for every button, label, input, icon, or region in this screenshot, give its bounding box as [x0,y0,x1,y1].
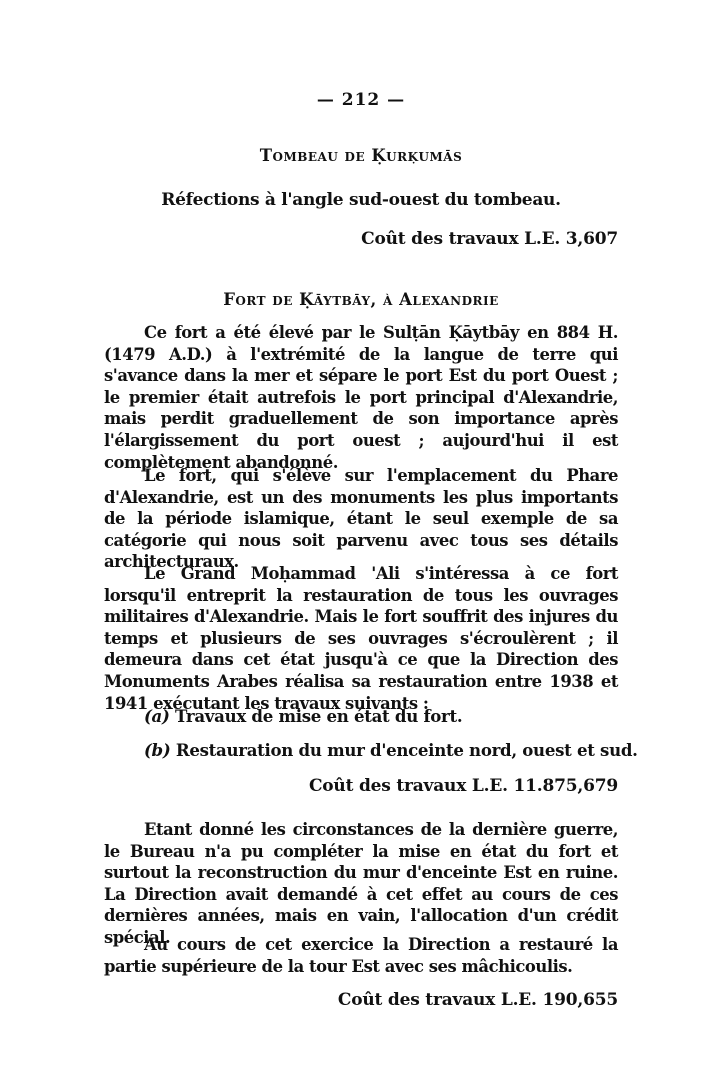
section-heading-fort: Fort de Ḳāytbāy, à Alexandrie [104,290,618,309]
paragraph-text: Etant donné les circonstances de la dern… [104,820,618,947]
paragraph-fort-restauration: Le Grand Moḥammad 'Ali s'intéressa à ce … [104,563,618,714]
list-item-b: (b) Restauration du mur d'enceinte nord,… [144,740,618,760]
paragraph-text: Le fort, qui s'élève sur l'emplacement d… [104,466,618,571]
cost-line-tombeau: Coût des travaux L.E. 3,607 [361,229,618,249]
list-item-a: (a) Travaux de mise en état du fort. [144,706,618,726]
paragraph-tour-est: Au cours de cet exercice la Direction a … [104,934,618,977]
cost-line-fort-2: Coût des travaux L.E. 190,655 [338,990,618,1010]
paragraph-text: Ce fort a été élevé par le Sulṭān Ḳāytbā… [104,323,618,472]
paragraph-fort-history: Ce fort a été élevé par le Sulṭān Ḳāytbā… [104,322,618,473]
paragraph-guerre: Etant donné les circonstances de la dern… [104,819,618,949]
paragraph-text: Le Grand Moḥammad 'Ali s'intéressa à ce … [104,564,618,713]
list-item-text: Restauration du mur d'enceinte nord, oue… [176,740,638,760]
section-subheading-refections: Réfections à l'angle sud-ouest du tombea… [104,190,618,210]
page-number: — 212 — [104,90,618,110]
list-item-label: (b) [144,740,170,760]
paragraph-fort-phare: Le fort, qui s'élève sur l'emplacement d… [104,465,618,573]
list-item-label: (a) [144,706,170,726]
paragraph-text: Au cours de cet exercice la Direction a … [104,935,618,976]
section-heading-tombeau: Tombeau de Ḳurḳumās [104,146,618,165]
list-item-text: Travaux de mise en état du fort. [175,706,462,726]
cost-line-fort-1: Coût des travaux L.E. 11.875,679 [309,776,618,796]
